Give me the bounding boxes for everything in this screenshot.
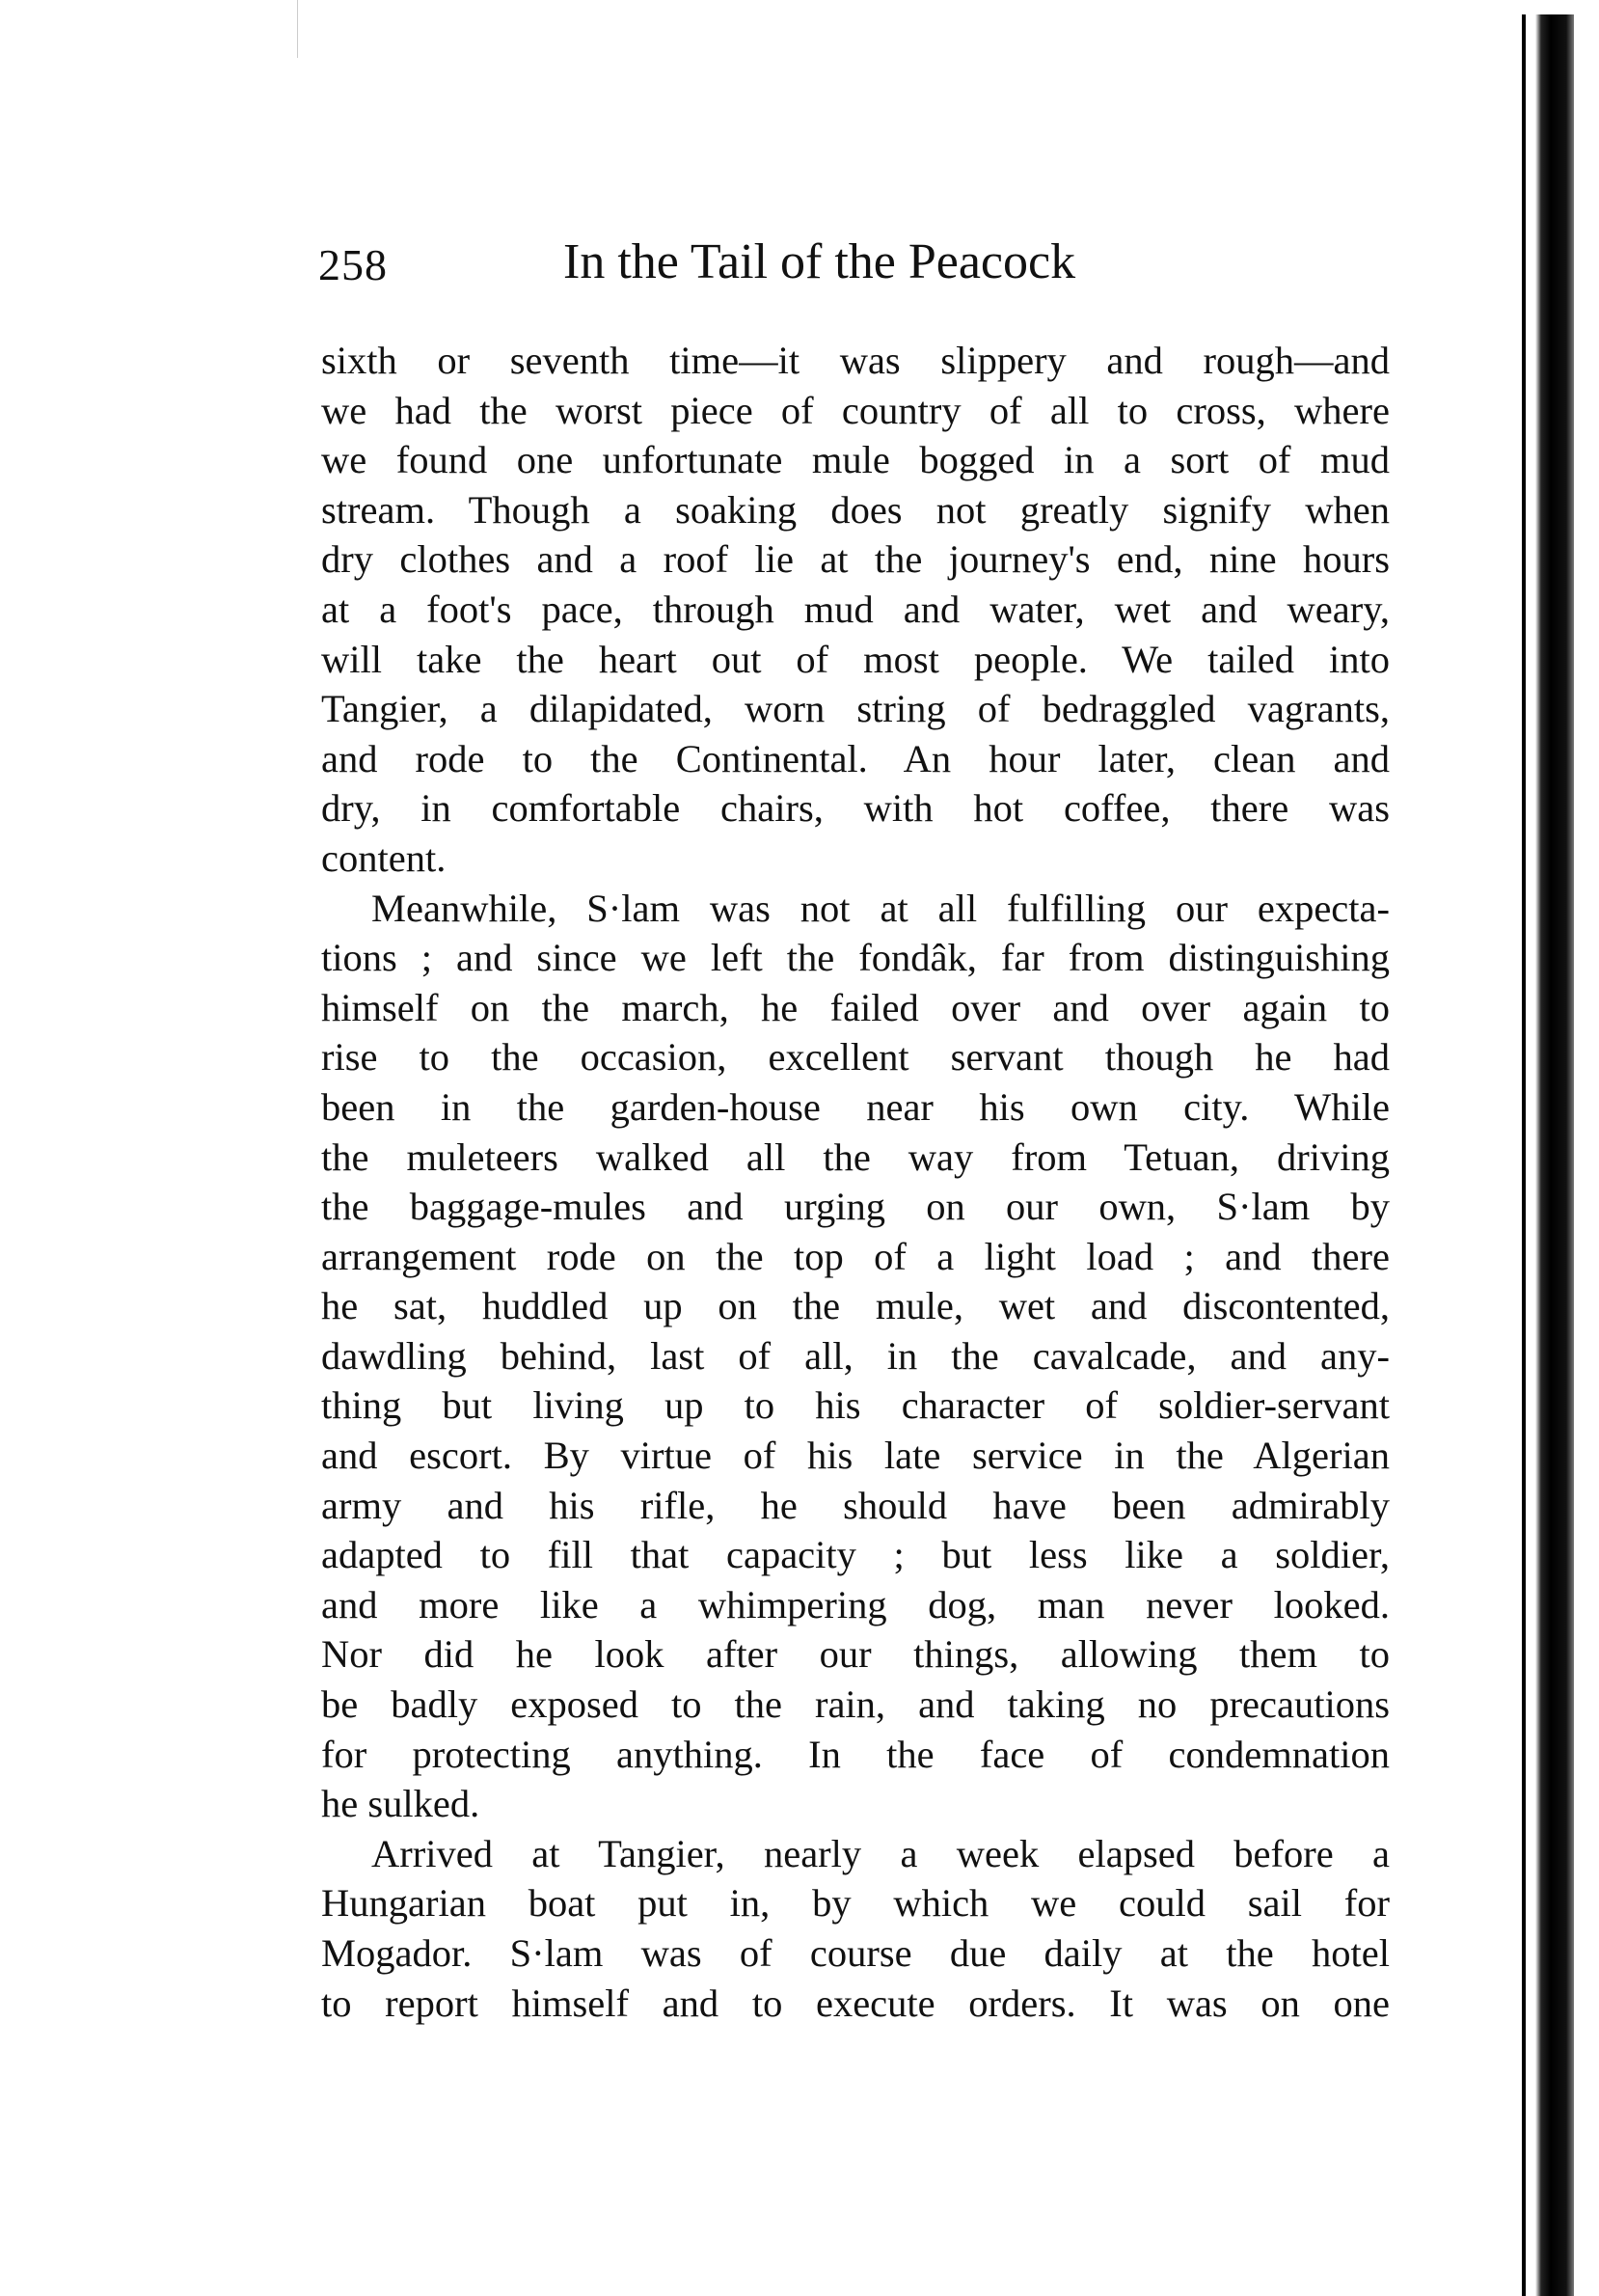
running-title: In the Tail of the Peacock xyxy=(563,233,1075,290)
page-header: 258 In the Tail of the Peacock xyxy=(318,239,1167,297)
binding-edge xyxy=(1522,14,1526,2296)
text-line: been in the garden-house near his own ci… xyxy=(321,1082,1390,1133)
text-line: Arrived at Tangier, nearly a week elapse… xyxy=(321,1829,1390,1879)
text-line: we had the worst piece of country of all… xyxy=(321,386,1390,436)
text-line: to report himself and to execute orders.… xyxy=(321,1979,1390,2029)
text-line: the baggage-mules and urging on our own,… xyxy=(321,1182,1390,1232)
text-line: thing but living up to his character of … xyxy=(321,1380,1390,1431)
text-line: Tangier, a dilapidated, worn string of b… xyxy=(321,684,1390,734)
text-line: he sat, huddled up on the mule, wet and … xyxy=(321,1281,1390,1331)
text-line: we found one unfortunate mule bogged in … xyxy=(321,435,1390,485)
text-line: content. xyxy=(321,834,1390,884)
text-line: the muleteers walked all the way from Te… xyxy=(321,1133,1390,1183)
text-line: stream. Though a soaking does not greatl… xyxy=(321,485,1390,535)
book-binding-shadow xyxy=(1535,14,1574,2296)
text-line: will take the heart out of most people. … xyxy=(321,635,1390,685)
paragraph: Arrived at Tangier, nearly a week elapse… xyxy=(321,1829,1390,2028)
text-line: and more like a whimpering dog, man neve… xyxy=(321,1580,1390,1630)
paragraph: Meanwhile, S·lam was not at all fulfilli… xyxy=(321,884,1390,1829)
text-line: himself on the march, he failed over and… xyxy=(321,983,1390,1033)
text-line: army and his rifle, he should have been … xyxy=(321,1481,1390,1531)
text-line: and rode to the Continental. An hour lat… xyxy=(321,734,1390,784)
page-number: 258 xyxy=(318,239,388,290)
text-line: Meanwhile, S·lam was not at all fulfilli… xyxy=(321,884,1390,934)
text-line: rise to the occasion, excellent servant … xyxy=(321,1032,1390,1082)
text-line: tions ; and since we left the fondâk, fa… xyxy=(321,933,1390,983)
text-line: he sulked. xyxy=(321,1779,1390,1829)
book-page: 258 In the Tail of the Peacock sixth or … xyxy=(0,0,1599,2296)
text-line: at a foot's pace, through mud and water,… xyxy=(321,585,1390,635)
text-line: Nor did he look after our things, allowi… xyxy=(321,1629,1390,1680)
text-line: Mogador. S·lam was of course due daily a… xyxy=(321,1928,1390,1979)
text-line: sixth or seventh time—it was slippery an… xyxy=(321,336,1390,386)
text-line: dawdling behind, last of all, in the cav… xyxy=(321,1331,1390,1381)
text-line: dry, in comfortable chairs, with hot cof… xyxy=(321,783,1390,834)
gutter-mark xyxy=(297,0,298,58)
text-line: arrangement rode on the top of a light l… xyxy=(321,1232,1390,1282)
text-line: adapted to fill that capacity ; but less… xyxy=(321,1530,1390,1580)
paragraph: sixth or seventh time—it was slippery an… xyxy=(321,336,1390,884)
text-line: dry clothes and a roof lie at the journe… xyxy=(321,534,1390,585)
text-line: for protecting anything. In the face of … xyxy=(321,1730,1390,1780)
text-line: Hungarian boat put in, by which we could… xyxy=(321,1878,1390,1928)
text-line: be badly exposed to the rain, and taking… xyxy=(321,1680,1390,1730)
body-text: sixth or seventh time—it was slippery an… xyxy=(321,336,1390,2028)
text-line: and escort. By virtue of his late servic… xyxy=(321,1431,1390,1481)
